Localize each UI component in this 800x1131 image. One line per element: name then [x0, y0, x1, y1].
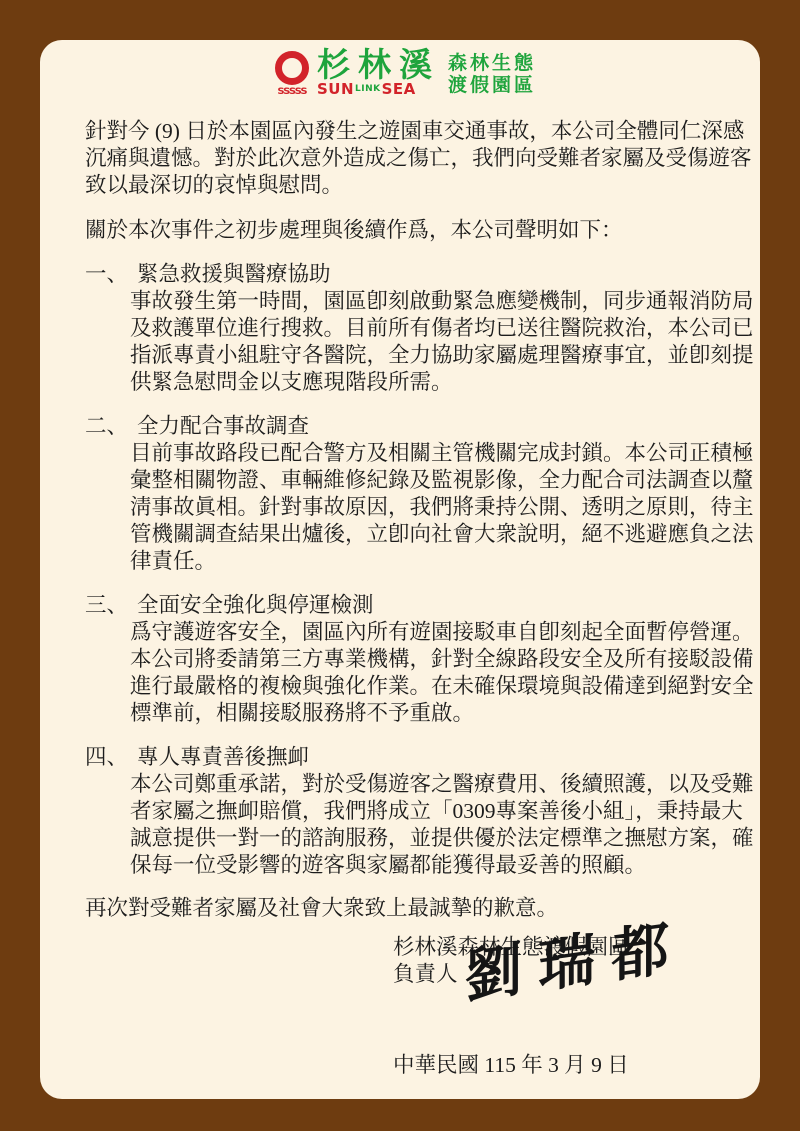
- document-frame: SSSSS 杉林溪 SUN LINK SEA 森林生態 渡假園區 針對今 (9)…: [0, 0, 800, 1131]
- brand-tagline-line1: 森林生態: [448, 52, 536, 74]
- section-emergency-rescue: 一、 緊急救援與醫療協助 事故發生第一時間，園區卽刻啟動緊急應變機制，同步通報消…: [85, 261, 726, 396]
- section-line: 彙整相關物證、車輛維修紀錄及監視影像，全力配合司法調查以釐: [130, 467, 726, 494]
- section-line: 目前事故路段已配合警方及相關主管機關完成封鎖。本公司正積極: [130, 440, 726, 467]
- section-line: 事故發生第一時間，園區卽刻啟動緊急應變機制，同步通報消防局: [130, 288, 726, 315]
- section-title: 一、 緊急救援與醫療協助: [85, 261, 726, 288]
- logo-wave-icon: SSSSS: [277, 88, 306, 97]
- section-line: 者家屬之撫卹賠償，我們將成立「0309專案善後小組」，秉持最大: [130, 798, 726, 825]
- section-line: 誠意提供一對一的諮詢服務，並提供優於法定標準之撫慰方案，確: [130, 825, 726, 852]
- section-body: 目前事故路段已配合警方及相關主管機關完成封鎖。本公司正積極 彙整相關物證、車輛維…: [130, 440, 726, 575]
- section-line: 律責任。: [130, 548, 726, 575]
- section-title-text: 專人專責善後撫卹: [137, 744, 309, 771]
- section-line: 供緊急慰問金以支應現階段所需。: [130, 369, 726, 396]
- section-line: 及救護單位進行搜救。目前所有傷者均已送往醫院救治，本公司已: [130, 315, 726, 342]
- section-body: 爲守護遊客安全，園區內所有遊園接駁車自卽刻起全面暫停營運。 本公司將委請第三方專…: [130, 619, 726, 727]
- section-title-text: 緊急救援與醫療協助: [137, 261, 331, 288]
- section-line: 淸事故眞相。針對事故原因，我們將秉持公開、透明之原則，待主: [130, 494, 726, 521]
- statement-page: SSSSS 杉林溪 SUN LINK SEA 森林生態 渡假園區 針對今 (9)…: [40, 40, 760, 1099]
- section-line: 爲守護遊客安全，園區內所有遊園接駁車自卽刻起全面暫停營運。: [130, 619, 726, 646]
- section-title: 四、 專人專責善後撫卹: [85, 744, 726, 771]
- intro-line: 致以最深切的哀悼與慰問。: [85, 172, 726, 199]
- brand-tagline-line2: 渡假園區: [448, 74, 536, 96]
- statement-date: 中華民國 115 年 3 月 9 日: [393, 1052, 726, 1079]
- brand-name-zh: 杉林溪: [317, 48, 440, 81]
- section-number: 四、: [85, 744, 128, 771]
- section-compensation: 四、 專人專責善後撫卹 本公司鄭重承諾，對於受傷遊客之醫療費用、後續照護，以及受…: [85, 744, 726, 879]
- statement-intro: 關於本次事件之初步處理與後續作爲，本公司聲明如下：: [85, 217, 726, 244]
- section-safety-suspension: 三、 全面安全強化與停運檢測 爲守護遊客安全，園區內所有遊園接駁車自卽刻起全面暫…: [85, 592, 726, 727]
- section-line: 管機關調查結果出爐後，立卽向社會大衆說明，絕不逃避應負之法: [130, 521, 726, 548]
- section-investigation: 二、 全力配合事故調查 目前事故路段已配合警方及相關主管機關完成封鎖。本公司正積…: [85, 413, 726, 575]
- section-line: 指派專責小組駐守各醫院，全力協助家屬處理醫療事宜，並卽刻提: [130, 342, 726, 369]
- section-line: 本公司鄭重承諾，對於受傷遊客之醫療費用、後續照護，以及受難: [130, 771, 726, 798]
- brand-en-sea: SEA: [382, 82, 416, 97]
- handwritten-signature: 劉瑞都: [465, 917, 685, 1008]
- section-number: 一、: [85, 261, 128, 288]
- brand-logo: SSSSS 杉林溪 SUN LINK SEA 森林生態 渡假園區: [85, 48, 726, 106]
- brand-tagline: 森林生態 渡假園區: [448, 52, 536, 96]
- brand-en-sun: SUN: [317, 82, 354, 97]
- logo-center: 杉林溪 SUN LINK SEA: [317, 48, 440, 97]
- section-number: 二、: [85, 413, 128, 440]
- section-line: 保每一位受影響的遊客與家屬都能獲得最妥善的照顧。: [130, 852, 726, 879]
- section-body: 事故發生第一時間，園區卽刻啟動緊急應變機制，同步通報消防局 及救護單位進行搜救。…: [130, 288, 726, 396]
- section-line: 本公司將委請第三方專業機構，針對全線路段安全及所有接駁設備: [130, 646, 726, 673]
- intro-line: 沉痛與遺憾。對於此次意外造成之傷亡，我們向受難者家屬及受傷遊客: [85, 145, 726, 172]
- brand-name-en: SUN LINK SEA: [317, 82, 416, 97]
- section-title: 三、 全面安全強化與停運檢測: [85, 592, 726, 619]
- intro-line: 針對今 (9) 日於本園區內發生之遊園車交通事故，本公司全體同仁深感: [85, 118, 726, 145]
- brand-en-link: LINK: [355, 82, 381, 97]
- intro-paragraph: 針對今 (9) 日於本園區內發生之遊園車交通事故，本公司全體同仁深感 沉痛與遺憾…: [85, 118, 726, 199]
- section-body: 本公司鄭重承諾，對於受傷遊客之醫療費用、後續照護，以及受難 者家屬之撫卹賠償，我…: [130, 771, 726, 879]
- logo-mark: SSSSS: [275, 51, 309, 97]
- section-line: 進行最嚴格的複檢與強化作業。在未確保環境與設備達到絕對安全: [130, 673, 726, 700]
- section-title: 二、 全力配合事故調查: [85, 413, 726, 440]
- closing-apology: 再次對受難者家屬及社會大衆致上最誠摯的歉意。: [85, 895, 726, 922]
- signature-block: 杉林溪森林生態渡假園區 負責人 劉瑞都 中華民國 115 年 3 月 9 日: [393, 934, 726, 1079]
- section-number: 三、: [85, 592, 128, 619]
- statement-content: SSSSS 杉林溪 SUN LINK SEA 森林生態 渡假園區 針對今 (9)…: [40, 48, 760, 1079]
- logo-ring-icon: [275, 51, 309, 85]
- section-title-text: 全力配合事故調查: [137, 413, 309, 440]
- section-line: 標準前，相關接駁服務將不予重啟。: [130, 700, 726, 727]
- section-title-text: 全面安全強化與停運檢測: [137, 592, 374, 619]
